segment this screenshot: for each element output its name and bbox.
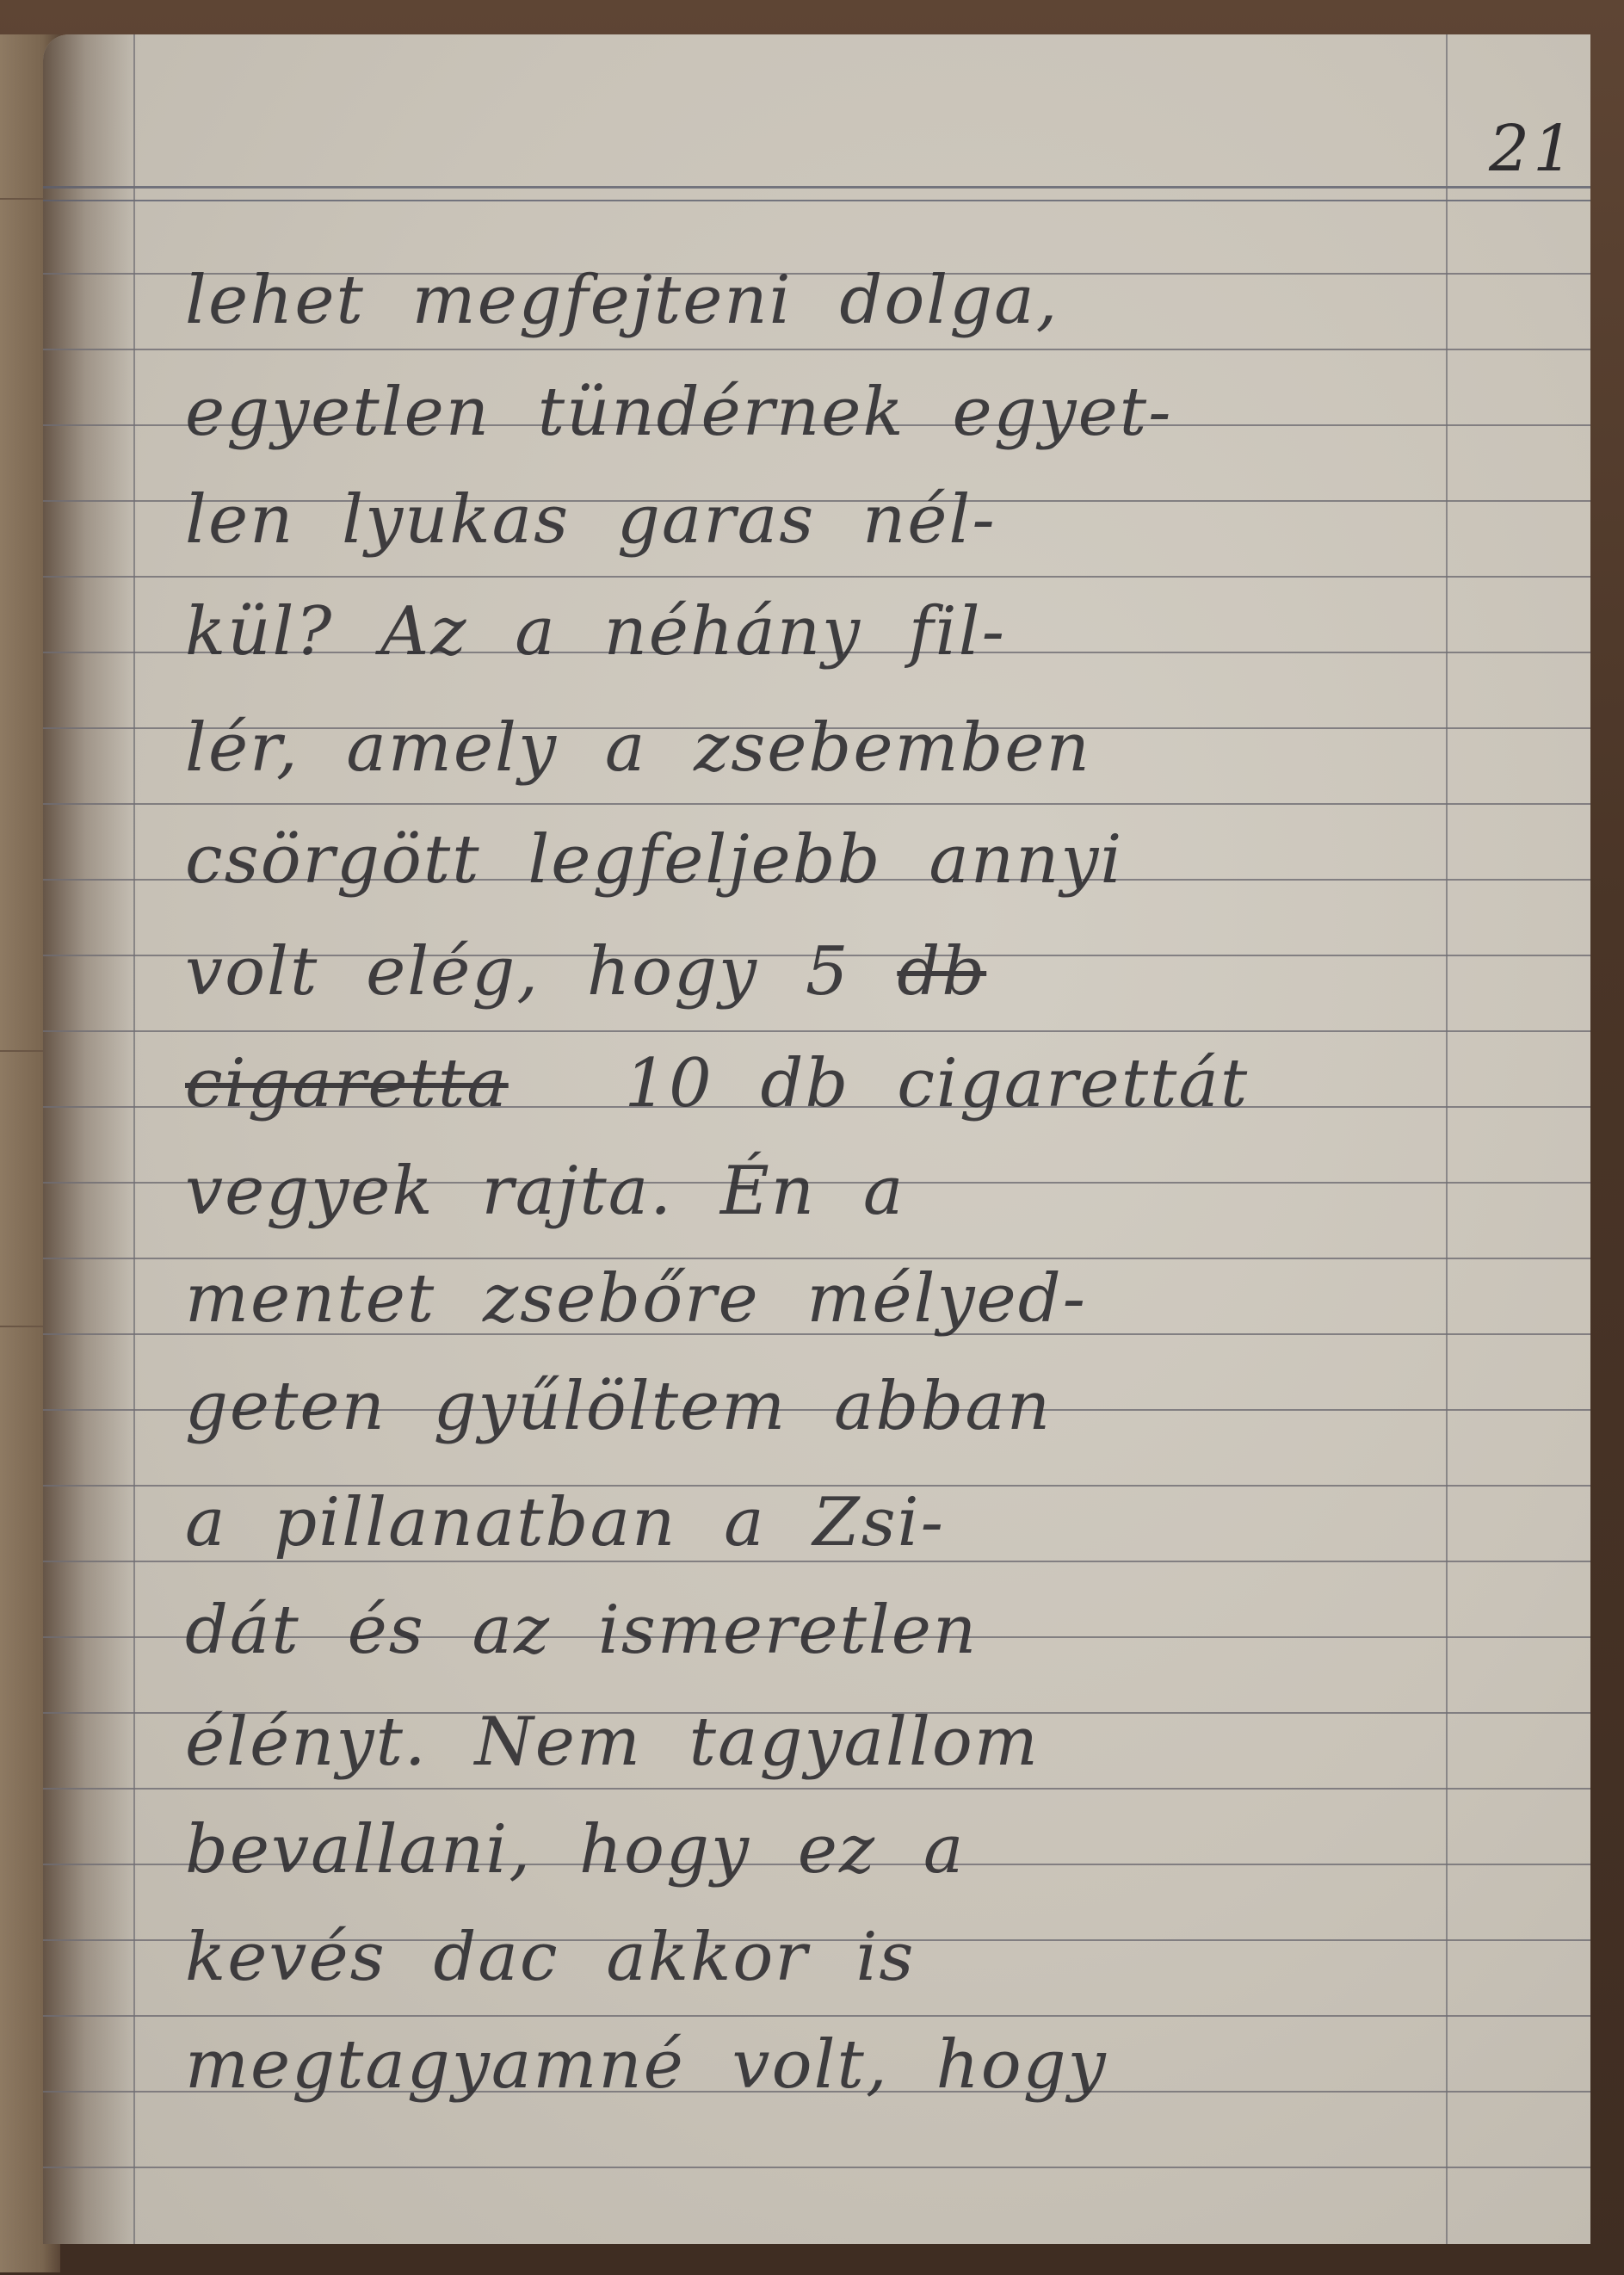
rule-line — [43, 2015, 1590, 2017]
handwritten-line: a pillanatban a Zsi- — [185, 1489, 1562, 1556]
page-number: 21 — [1489, 112, 1577, 186]
struck-text: db — [897, 933, 986, 1011]
handwritten-line: lér, amely a zsebemben — [185, 714, 1562, 782]
handwritten-line: kevés dac akkor is — [185, 1924, 1562, 1991]
handwritten-line: mentet zsebőre mélyed- — [185, 1265, 1562, 1332]
handwritten-line: bevallani, hogy ez a — [185, 1816, 1562, 1883]
rule-line — [43, 1258, 1590, 1259]
handwritten-text: 10 db cigarettát — [625, 1045, 1250, 1122]
handwritten-line: dát és az ismeretlen — [185, 1597, 1562, 1664]
struck-text: cigaretta — [185, 1045, 509, 1122]
handwritten-line: lehet megfejteni dolga, — [185, 267, 1562, 334]
gutter-shadow — [43, 34, 138, 2244]
handwritten-line: cigaretta 10 db cigarettát — [185, 1050, 1562, 1117]
handwritten-line: vegyek rajta. Én a — [185, 1158, 1562, 1225]
header-rule-line — [43, 186, 1590, 189]
header-rule-line — [43, 200, 1590, 201]
handwritten-line: csörgött legfeljebb annyi — [185, 826, 1562, 893]
handwritten-line: élényt. Nem tagyallom — [185, 1709, 1562, 1776]
rule-line — [43, 803, 1590, 805]
rule-line — [43, 349, 1590, 350]
right-margin-line — [1446, 34, 1448, 2244]
rule-line — [43, 576, 1590, 578]
rule-line — [43, 2167, 1590, 2168]
handwritten-line: kül? Az a néhány fil- — [185, 598, 1562, 665]
rule-line — [43, 1030, 1590, 1032]
handwritten-line: egyetlen tündérnek egyet- — [185, 379, 1562, 446]
handwritten-line: geten gyűlöltem abban — [185, 1373, 1562, 1440]
handwritten-line: volt elég, hogy 5 db — [185, 938, 1562, 1005]
handwritten-text: volt elég, hogy 5 — [185, 933, 850, 1011]
rule-line — [43, 1788, 1590, 1790]
handwritten-line: megtagyamné volt, hogy — [185, 2031, 1562, 2099]
left-margin-line — [133, 34, 135, 2244]
handwritten-line: len lyukas garas nél- — [185, 486, 1562, 553]
notebook-page: 21 lehet megfejteni dolga, egyetlen tünd… — [43, 34, 1590, 2244]
